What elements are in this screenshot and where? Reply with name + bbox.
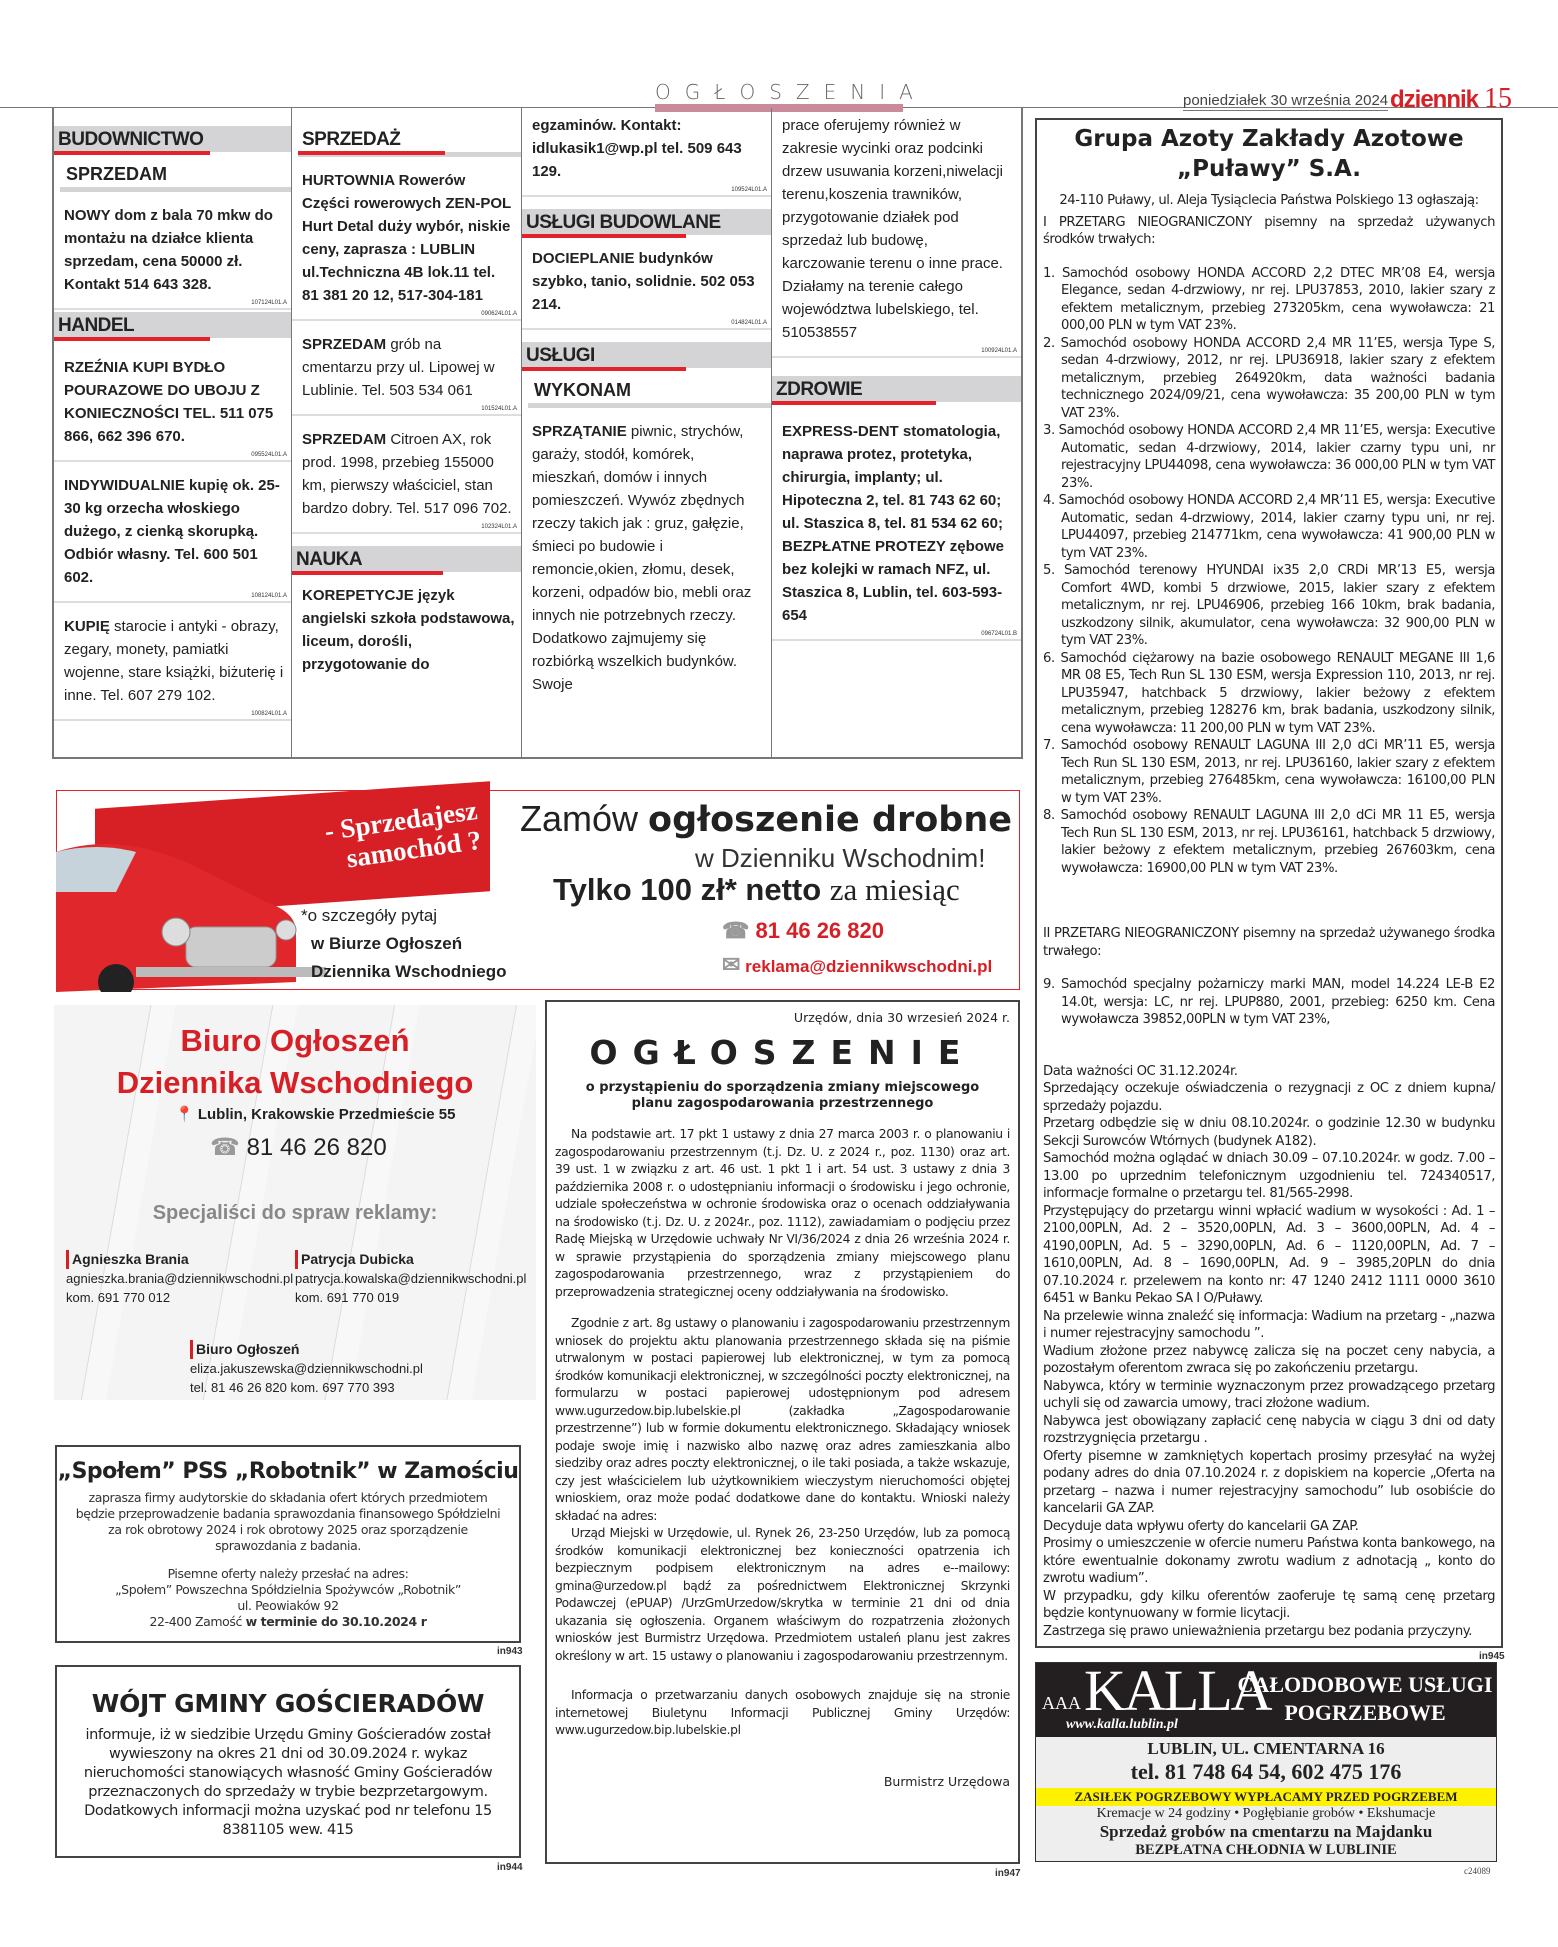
notice-date: Urzędów, dnia 30 wrzesień 2024 r. — [555, 1010, 1010, 1025]
notice-title: WÓJT GMINY GOŚCIERADÓW — [57, 1689, 519, 1718]
promo-price: Tylko 100 zł* netto za miesiąc — [553, 872, 960, 908]
ad-code: in944 — [497, 1862, 523, 1873]
ad-code: in947 — [995, 1868, 1021, 1879]
notice-body: informuje, iż w siedzibie Urzędu Gminy G… — [57, 1726, 519, 1840]
promo-email[interactable]: ✉ reklama@dziennikwschodni.pl — [722, 952, 992, 978]
vehicle-list: 1. Samochód osobowy HONDA ACCORD 2,2 DTE… — [1043, 265, 1495, 878]
notice-title: Grupa Azoty Zakłady Azotowe„Puławy” S.A. — [1043, 124, 1495, 184]
classifieds-column-3: egzaminów. Kontakt: idlukasik1@wp.pl tel… — [522, 108, 772, 757]
ad-code: 101524L01.A — [292, 402, 521, 416]
terms-line: Oferty pisemne w zamkniętych kopertach p… — [1043, 1448, 1495, 1518]
classified-ad: NOWY dom z bala 70 mkw do montażu na dzi… — [54, 192, 291, 296]
vehicle-item: 9. Samochód specjalny pożarniczy marki M… — [1043, 976, 1495, 1029]
notice-paragraph: Urząd Miejski w Urzędowie, ul. Rynek 26,… — [555, 1525, 1010, 1665]
notice-paragraph: Zgodnie z art. 8g ustawy o planowaniu i … — [555, 1315, 1010, 1525]
page-number: 15 — [1484, 83, 1512, 115]
kalla-website[interactable]: www.kalla.lublin.pl — [1066, 1717, 1178, 1733]
ad-office-phone: ☎ 81 46 26 820 — [210, 1133, 387, 1162]
kalla-graves: Sprzedaż grobów na cmentarzu na Majdanku — [1036, 1822, 1496, 1842]
notice-paragraph: Informacja o przetwarzaniu danych osobow… — [555, 1687, 1010, 1740]
notice-paragraph: Na podstawie art. 17 pkt 1 ustawy z dnia… — [555, 1126, 1010, 1301]
terms-line: Przetarg odbędzie się w dniu 08.10.2024r… — [1043, 1115, 1495, 1150]
category-header: HANDEL — [54, 312, 291, 338]
vehicle-item: 2. Samochód osobowy HONDA ACCORD 2,4 MR … — [1043, 335, 1495, 423]
kalla-header: AAA KALLA www.kalla.lublin.pl CAŁODOBOWE… — [1036, 1663, 1496, 1737]
classified-ad: RZEŹNIA KUPI BYDŁO POURAZOWE DO UBOJU Z … — [54, 338, 291, 448]
ad-code: 100824L01.A — [54, 707, 291, 721]
contact-person: Agnieszka Braniaagnieszka.brania@dzienni… — [66, 1250, 293, 1307]
kalla-address: LUBLIN, UL. CMENTARNA 16 — [1036, 1737, 1496, 1759]
category-header: BUDOWNICTWO — [54, 126, 291, 152]
notice-title: OGŁOSZENIE — [555, 1033, 1010, 1072]
ad-office-address: 📍 Lublin, Krakowskie Przedmieście 55 — [175, 1105, 455, 1123]
spolem-notice: „Społem” PSS „Robotnik” w Zamościu zapra… — [55, 1445, 521, 1643]
kalla-extra-services: Kremacje w 24 godziny • Pogłębianie grob… — [1036, 1806, 1496, 1822]
map-pin-icon: 📍 — [175, 1106, 194, 1123]
terms-line: Data ważności OC 31.12.2024r. — [1043, 1063, 1495, 1081]
classifieds-column-1: BUDOWNICTWO SPRZEDAM NOWY dom z bala 70 … — [54, 108, 292, 757]
notice-title: „Społem” PSS „Robotnik” w Zamościu — [57, 1459, 519, 1484]
ad-code: 090624L01.A — [292, 307, 521, 321]
kalla-prefix: AAA — [1042, 1693, 1081, 1714]
subcategory-header: SPRZEDAM — [60, 158, 291, 192]
notice-address: Pisemne oferty należy przesłać na adres:… — [57, 1566, 519, 1630]
ad-code: 014824L01.A — [522, 316, 771, 330]
ad-code: in945 — [1479, 1651, 1505, 1662]
terms-line: Przystępujący do przetargu winni wpłacić… — [1043, 1203, 1495, 1308]
notice-address: 24-110 Puławy, ul. Aleja Tysiąclecia Pań… — [1043, 192, 1495, 210]
ad-code: 109524L01.A — [522, 183, 771, 197]
classifieds-column-2: SPRZEDAŻ HURTOWNIA Rowerów Części rowero… — [292, 108, 522, 757]
ad-code: 095524L01.A — [54, 448, 291, 462]
contact-person: Patrycja Dubickapatrycja.kowalska@dzienn… — [295, 1250, 526, 1307]
classified-ad: SPRZEDAM grób na cmentarzu przy ul. Lipo… — [292, 321, 521, 402]
ad-code: 102324L01.A — [292, 520, 521, 534]
ad-code: c24089 — [1464, 1866, 1491, 1876]
classified-ad: EXPRESS-DENT stomatologia, naprawa prote… — [772, 402, 1021, 627]
terms-line: Nabywca jest obowiązany zapłacić cenę na… — [1043, 1413, 1495, 1448]
section-title: OGŁOSZENIA — [655, 80, 927, 104]
urzedow-notice: Urzędów, dnia 30 wrzesień 2024 r. OGŁOSZ… — [545, 1000, 1020, 1864]
classified-ad: DOCIEPLANIE budynków szybko, tanio, soli… — [522, 235, 771, 316]
tender-heading: I PRZETARG NIEOGRANICZONY pisemny na spr… — [1043, 214, 1495, 249]
vehicle-item: 8. Samochód osobowy RENAULT LAGUNA III 2… — [1043, 807, 1495, 877]
azoty-tender-notice: Grupa Azoty Zakłady Azotowe„Puławy” S.A.… — [1035, 118, 1503, 1648]
promo-subheadline: w Dzienniku Wschodnim! — [695, 843, 985, 874]
contact-person: Biuro Ogłoszeńeliza.jakuszewska@dziennik… — [190, 1340, 423, 1397]
terms-line: Na przelewie winna znaleźć się informacj… — [1043, 1308, 1495, 1343]
vehicle-item: 7. Samochód osobowy RENAULT LAGUNA III 2… — [1043, 737, 1495, 807]
ad-office-title: Biuro OgłoszeńDziennika Wschodniego — [54, 1020, 536, 1104]
kalla-services: CAŁODOBOWE USŁUGIPOGRZEBOWE — [1236, 1671, 1494, 1727]
kalla-benefit: ZASIŁEK POGRZEBOWY WYPŁACAMY PRZED POGRZ… — [1036, 1788, 1496, 1806]
tender-heading: II PRZETARG NIEOGRANICZONY pisemny na sp… — [1043, 925, 1495, 960]
kalla-body: LUBLIN, UL. CMENTARNA 16 tel. 81 748 64 … — [1036, 1737, 1496, 1861]
vehicle-item: 1. Samochód osobowy HONDA ACCORD 2,2 DTE… — [1043, 265, 1495, 335]
category-header: NAUKA — [292, 546, 521, 572]
kalla-phones: tel. 81 748 64 54, 602 475 176 — [1036, 1759, 1496, 1785]
vehicle-list: 9. Samochód specjalny pożarniczy marki M… — [1043, 976, 1495, 1029]
terms-line: Prosimy o umieszczenie w ofercie numeru … — [1043, 1535, 1495, 1588]
classified-ad: INDYWIDUALNIE kupię ok. 25-30 kg orzecha… — [54, 462, 291, 589]
notice-signature: Burmistrz Urzędowa — [555, 1774, 1010, 1789]
promo-headline: Zamów ogłoszenie drobne — [520, 798, 1012, 840]
classifieds-grid: BUDOWNICTWO SPRZEDAM NOWY dom z bala 70 … — [52, 108, 1023, 759]
notice-body: zaprasza firmy audytorskie do składania … — [57, 1490, 519, 1554]
terms-line: Wadium złożone przez nabywcę zalicza się… — [1043, 1343, 1495, 1378]
ad-code: 107124L01.A — [54, 296, 291, 310]
specialists-heading: Specjaliści do spraw reklamy: — [54, 1202, 536, 1225]
envelope-icon: ✉ — [722, 952, 740, 977]
red-car-icon — [56, 832, 326, 992]
classified-ad: prace oferujemy również w zakresie wycin… — [772, 108, 1021, 344]
terms-line: Nabywca, który w terminie wyznaczonym pr… — [1043, 1378, 1495, 1413]
phone-icon: ☎ — [210, 1134, 240, 1161]
ad-code: in943 — [497, 1646, 523, 1657]
ad-code: 100924L01.A — [772, 344, 1021, 358]
promo-details: *o szczegóły pytaj w Biurze Ogłoszeń Dzi… — [301, 902, 507, 986]
subcategory-header: WYKONAM — [528, 374, 771, 408]
classified-ad: KOREPETYCJE język angielski szkoła podst… — [292, 572, 521, 676]
wojt-notice: WÓJT GMINY GOŚCIERADÓW informuje, iż w s… — [55, 1665, 521, 1858]
category-header: USŁUGI — [522, 342, 771, 368]
issue-date: poniedziałek 30 września 2024 — [1183, 92, 1388, 111]
category-header: SPRZEDAŻ — [298, 126, 521, 157]
category-header: USŁUGI BUDOWLANE — [522, 209, 771, 235]
phone-icon: ☎ — [722, 918, 749, 943]
classified-ad: HURTOWNIA Rowerów Części rowerowych ZEN-… — [292, 157, 521, 307]
terms-line: Sprzedający oczekuje oświadczenia o rezy… — [1043, 1080, 1495, 1115]
newspaper-logo: dziennik — [1390, 86, 1478, 114]
notice-subtitle: o przystąpieniu do sporządzenia zmiany m… — [555, 1080, 1010, 1112]
vehicle-item: 4. Samochód osobowy HONDA ACCORD 2,4 MR’… — [1043, 492, 1495, 562]
category-header: ZDROWIE — [772, 376, 1021, 402]
kalla-funeral-ad: AAA KALLA www.kalla.lublin.pl CAŁODOBOWE… — [1035, 1662, 1497, 1862]
terms-line: Decyduje data wpływu oferty do kancelari… — [1043, 1518, 1495, 1536]
classifieds-column-4: prace oferujemy również w zakresie wycin… — [772, 108, 1021, 757]
terms-line: W przypadku, gdy kilku oferentów zaoferu… — [1043, 1588, 1495, 1623]
ad-code: 096724L01.B — [772, 627, 1021, 641]
vehicle-item: 3. Samochód osobowy HONDA ACCORD 2,4 MR … — [1043, 422, 1495, 492]
terms-line: Zastrzega się prawo unieważnienia przeta… — [1043, 1623, 1495, 1641]
ad-code: 108124L01.A — [54, 589, 291, 603]
terms-line: Samochód można oglądać w dniach 30.09 – … — [1043, 1150, 1495, 1203]
kalla-cooler: BEZPŁATNA CHŁODNIA W LUBLINIE — [1036, 1842, 1496, 1859]
vehicle-item: 5. Samochód terenowy HYUNDAI ix35 2,0 CR… — [1043, 562, 1495, 650]
classified-ad: egzaminów. Kontakt: idlukasik1@wp.pl tel… — [522, 108, 771, 183]
vehicle-item: 6. Samochód ciężarowy na bazie osobowego… — [1043, 650, 1495, 738]
promo-phone: ☎ 81 46 26 820 — [722, 918, 884, 944]
classified-ad: SPRZEDAM Citroen AX, rok prod. 1998, prz… — [292, 416, 521, 520]
classified-ad: SPRZĄTANIE piwnic, strychów, garaży, sto… — [522, 408, 771, 696]
classified-ad: KUPIĘ starocie i antyki - obrazy, zegary… — [54, 603, 291, 707]
